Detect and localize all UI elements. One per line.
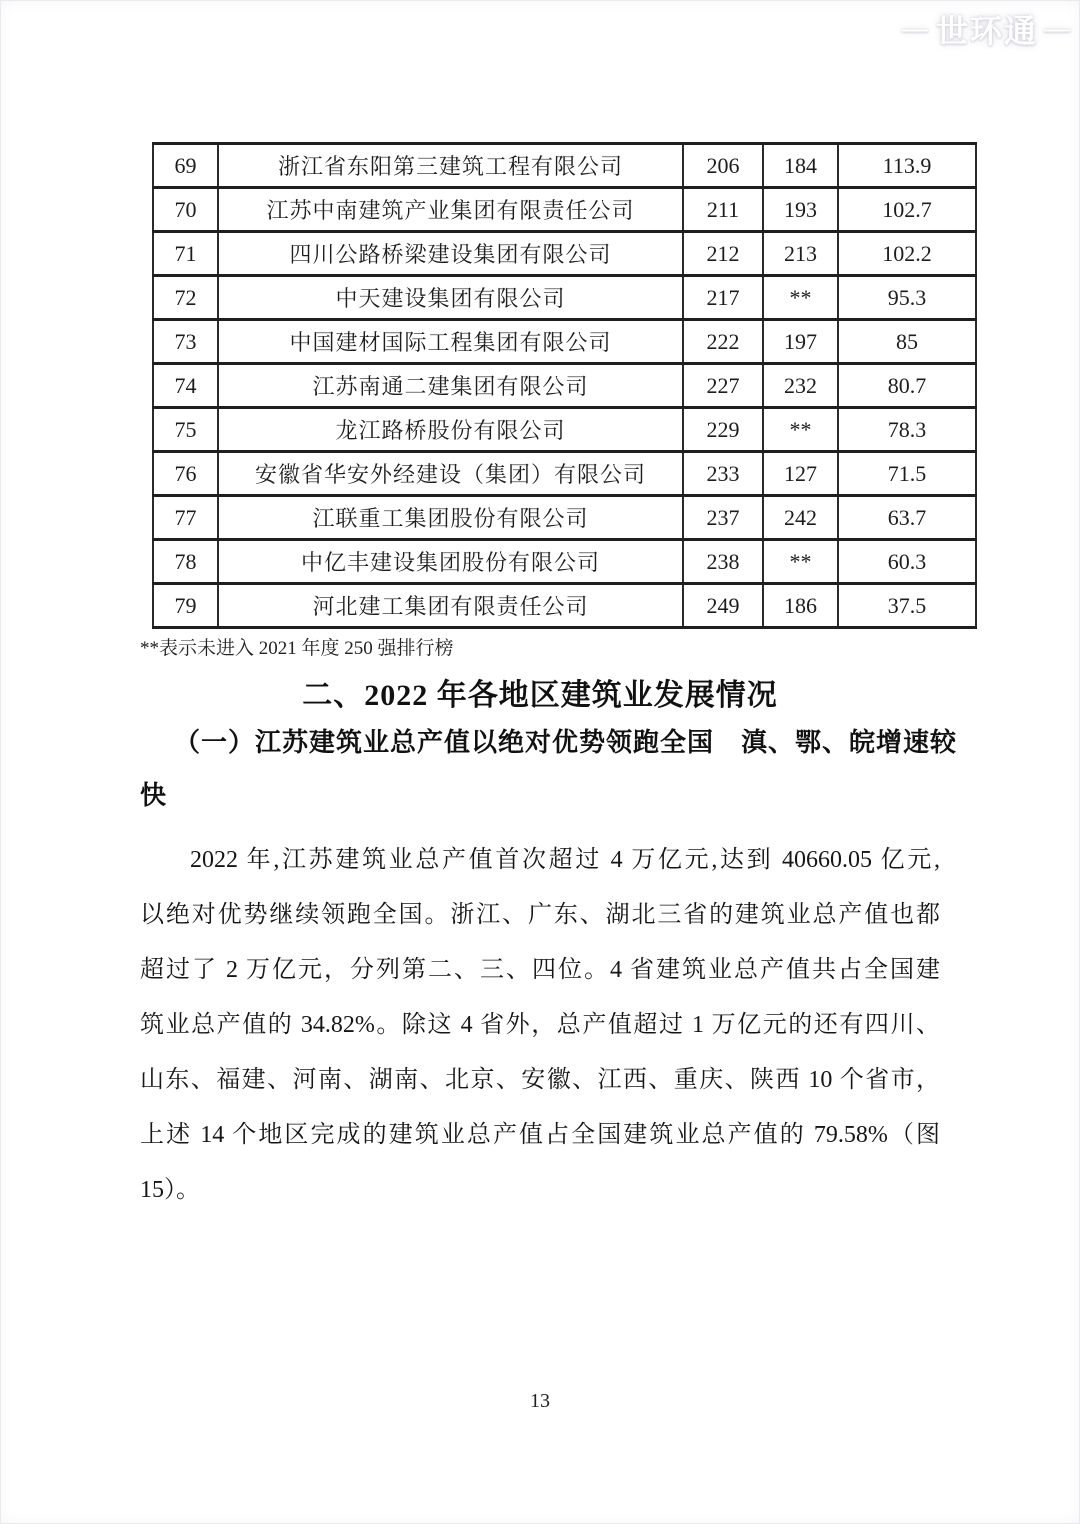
rank-cell: 79	[153, 584, 218, 628]
ranking-table-container: 69 浙江省东阳第三建筑工程有限公司 206 184 113.9 70 江苏中南…	[152, 142, 925, 629]
company-cell: 江苏南通二建集团有限公司	[218, 364, 683, 408]
value2-cell: **	[763, 276, 838, 320]
table-row: 73 中国建材国际工程集团有限公司 222 197 85	[153, 320, 976, 364]
table-row: 78 中亿丰建设集团股份有限公司 238 ** 60.3	[153, 540, 976, 584]
watermark-left-dash: —	[902, 14, 930, 44]
value3-cell: 78.3	[838, 408, 976, 452]
value3-cell: 71.5	[838, 452, 976, 496]
company-cell: 浙江省东阳第三建筑工程有限公司	[218, 144, 683, 188]
subsection-heading: （一）江苏建筑业总产值以绝对优势领跑全国 滇、鄂、皖增速较	[140, 724, 1040, 762]
value3-cell: 95.3	[838, 276, 976, 320]
value1-cell: 217	[683, 276, 763, 320]
value1-cell: 206	[683, 144, 763, 188]
value3-cell: 60.3	[838, 540, 976, 584]
value2-cell: **	[763, 408, 838, 452]
value2-cell: 232	[763, 364, 838, 408]
page-number: 13	[0, 1390, 1080, 1413]
rank-cell: 73	[153, 320, 218, 364]
company-cell: 江联重工集团股份有限公司	[218, 496, 683, 540]
rank-cell: 71	[153, 232, 218, 276]
rank-cell: 72	[153, 276, 218, 320]
subsection-heading-continuation: 快	[140, 777, 166, 815]
value2-cell: 197	[763, 320, 838, 364]
company-cell: 安徽省华安外经建设（集团）有限公司	[218, 452, 683, 496]
rank-cell: 75	[153, 408, 218, 452]
company-cell: 中亿丰建设集团股份有限公司	[218, 540, 683, 584]
value2-cell: 213	[763, 232, 838, 276]
watermark: — 世环通 —	[902, 6, 1072, 52]
value1-cell: 238	[683, 540, 763, 584]
table-row: 69 浙江省东阳第三建筑工程有限公司 206 184 113.9	[153, 144, 976, 188]
value1-cell: 249	[683, 584, 763, 628]
rank-cell: 76	[153, 452, 218, 496]
value2-cell: **	[763, 540, 838, 584]
rank-cell: 70	[153, 188, 218, 232]
paragraph-line: 筑业总产值的 34.82%。除这 4 省外，总产值超过 1 万亿元的还有四川、	[140, 998, 940, 1053]
company-cell: 河北建工集团有限责任公司	[218, 584, 683, 628]
company-cell: 江苏中南建筑产业集团有限责任公司	[218, 188, 683, 232]
company-cell: 中国建材国际工程集团有限公司	[218, 320, 683, 364]
value3-cell: 63.7	[838, 496, 976, 540]
table-row: 77 江联重工集团股份有限公司 237 242 63.7	[153, 496, 976, 540]
value2-cell: 127	[763, 452, 838, 496]
paragraph-line: 超过了 2 万亿元，分列第二、三、四位。4 省建筑业总产值共占全国建	[140, 943, 940, 998]
value3-cell: 37.5	[838, 584, 976, 628]
value1-cell: 211	[683, 188, 763, 232]
company-cell: 龙江路桥股份有限公司	[218, 408, 683, 452]
table-row: 74 江苏南通二建集团有限公司 227 232 80.7	[153, 364, 976, 408]
value3-cell: 102.2	[838, 232, 976, 276]
rank-cell: 69	[153, 144, 218, 188]
value2-cell: 193	[763, 188, 838, 232]
value1-cell: 237	[683, 496, 763, 540]
value1-cell: 212	[683, 232, 763, 276]
value2-cell: 184	[763, 144, 838, 188]
section-heading: 二、2022 年各地区建筑业发展情况	[0, 676, 1080, 716]
company-cell: 四川公路桥梁建设集团有限公司	[218, 232, 683, 276]
value3-cell: 113.9	[838, 144, 976, 188]
value1-cell: 233	[683, 452, 763, 496]
watermark-right-dash: —	[1044, 14, 1072, 44]
value2-cell: 242	[763, 496, 838, 540]
rank-cell: 77	[153, 496, 218, 540]
value3-cell: 80.7	[838, 364, 976, 408]
table-footnote: **表示未进入 2021 年度 250 强排行榜	[140, 636, 454, 662]
value2-cell: 186	[763, 584, 838, 628]
paragraph-line: 15）。	[140, 1163, 940, 1218]
table-row: 72 中天建设集团有限公司 217 ** 95.3	[153, 276, 976, 320]
table-row: 75 龙江路桥股份有限公司 229 ** 78.3	[153, 408, 976, 452]
paragraph-line: 2022 年,江苏建筑业总产值首次超过 4 万亿元,达到 40660.05 亿元…	[140, 833, 940, 888]
table-row: 79 河北建工集团有限责任公司 249 186 37.5	[153, 584, 976, 628]
body-paragraph: 2022 年,江苏建筑业总产值首次超过 4 万亿元,达到 40660.05 亿元…	[140, 833, 940, 1218]
company-cell: 中天建设集团有限公司	[218, 276, 683, 320]
rank-cell: 74	[153, 364, 218, 408]
paragraph-line: 山东、福建、河南、湖南、北京、安徽、江西、重庆、陕西 10 个省市，	[140, 1053, 940, 1108]
table-row: 76 安徽省华安外经建设（集团）有限公司 233 127 71.5	[153, 452, 976, 496]
value3-cell: 85	[838, 320, 976, 364]
ranking-table: 69 浙江省东阳第三建筑工程有限公司 206 184 113.9 70 江苏中南…	[152, 142, 977, 629]
value1-cell: 227	[683, 364, 763, 408]
paragraph-line: 以绝对优势继续领跑全国。浙江、广东、湖北三省的建筑业总产值也都	[140, 888, 940, 943]
table-row: 71 四川公路桥梁建设集团有限公司 212 213 102.2	[153, 232, 976, 276]
watermark-text: 世环通	[936, 6, 1038, 52]
value1-cell: 222	[683, 320, 763, 364]
value1-cell: 229	[683, 408, 763, 452]
value3-cell: 102.7	[838, 188, 976, 232]
table-row: 70 江苏中南建筑产业集团有限责任公司 211 193 102.7	[153, 188, 976, 232]
rank-cell: 78	[153, 540, 218, 584]
paragraph-line: 上述 14 个地区完成的建筑业总产值占全国建筑业总产值的 79.58%（图	[140, 1108, 940, 1163]
